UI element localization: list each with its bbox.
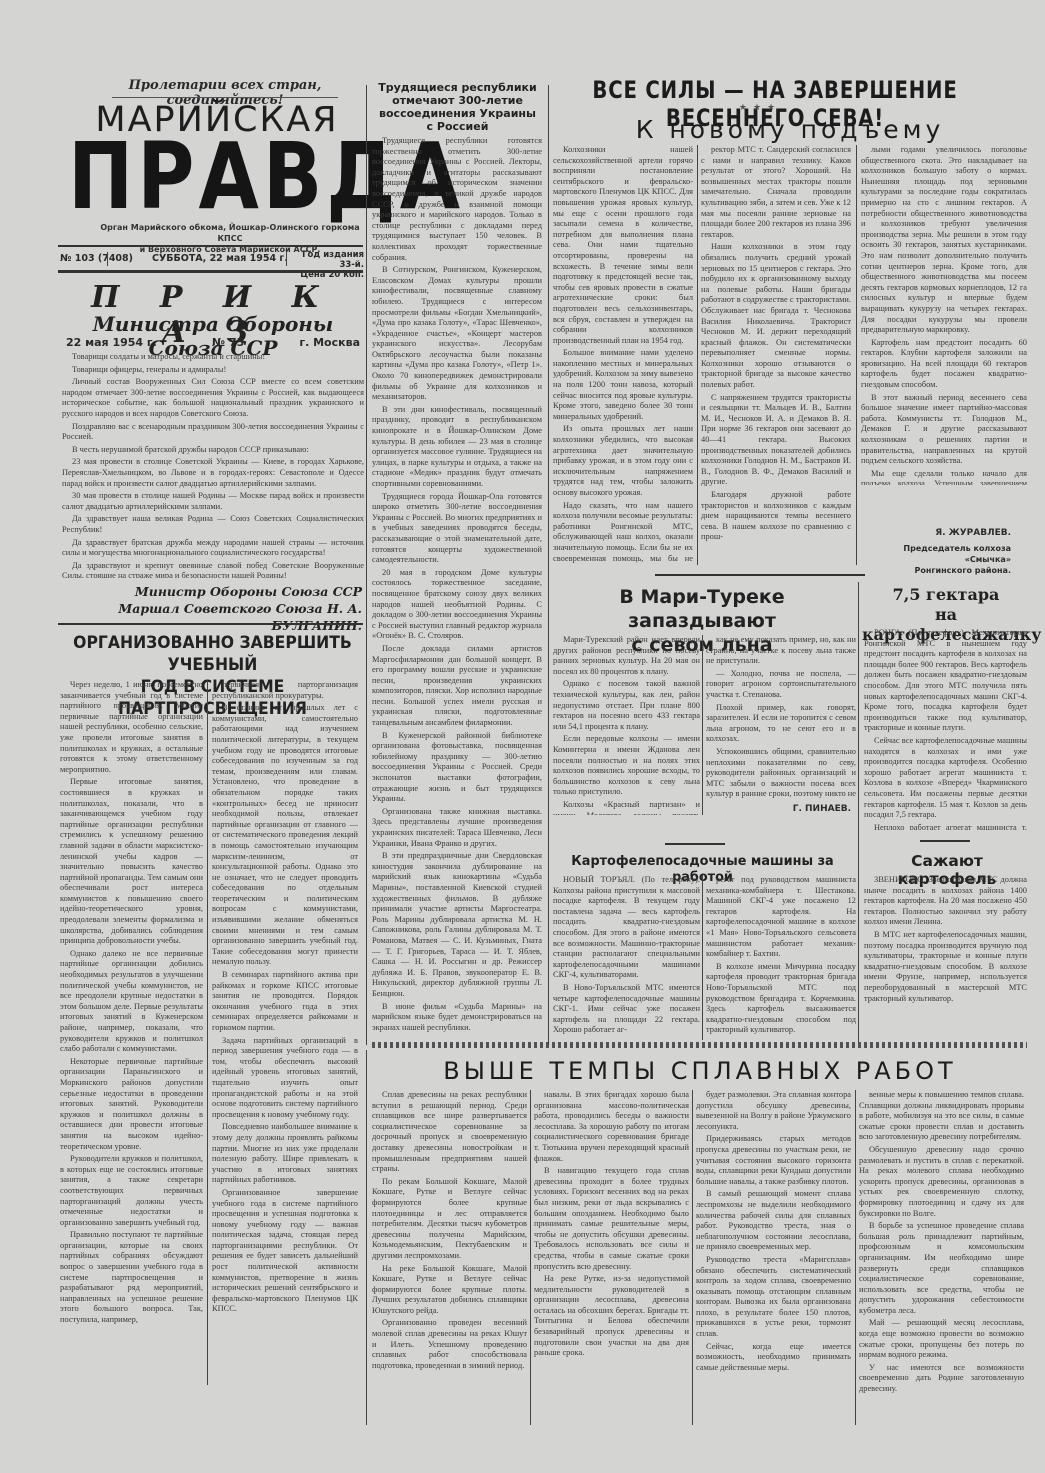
paragraph: Сейчас все картофелепосадочные машины на… bbox=[864, 736, 1027, 821]
paragraph: Май — решающий месяц лесосплава, когда е… bbox=[859, 1318, 1024, 1360]
paragraph: В борьбе за успешное проведение сплава б… bbox=[859, 1221, 1024, 1316]
paragraph: Из опыта прошлых лет наши колхозники убе… bbox=[553, 424, 693, 498]
flax-col2: как не ему показать пример, но, как ни с… bbox=[706, 635, 856, 800]
potato75-body: РОНГА. (По телефону). Механизаторам Ронг… bbox=[864, 628, 1027, 830]
ukraine-title: Трудящиеся республики отмечают 300-летие… bbox=[370, 81, 545, 133]
paragraph: Успокоившись общими, сравнительно неплох… bbox=[706, 747, 856, 800]
paragraph: первичная парторганизация республиканско… bbox=[212, 680, 358, 701]
potatomachines-col1: НОВЫЙ ТОРЪЯЛ. (По телефону). Колхозы рай… bbox=[553, 875, 700, 1040]
flax-signature: Г. ПИНАЕВ. bbox=[706, 804, 851, 814]
paragraph: С напряжением трудятся трактористы и сея… bbox=[701, 393, 851, 488]
paragraph: Через неделю, 1 июня, повсеместно заканч… bbox=[60, 680, 203, 775]
paragraph: Организованное завершение учебного года … bbox=[212, 1188, 358, 1315]
partpros-col2: первичная парторганизация республиканско… bbox=[212, 680, 358, 1385]
year-of-publication: Год издания 33-й. bbox=[292, 250, 364, 270]
masthead-title-line2: ПРАВДА bbox=[68, 130, 368, 224]
paragraph: навалы. В этих бригадах хорошо была орга… bbox=[534, 1090, 689, 1164]
paragraph: Колхозы «Красный партизан» и имени Молот… bbox=[553, 800, 700, 815]
paragraph: как не ему показать пример, но, как ни с… bbox=[706, 635, 856, 667]
sowing-col1: Колхозники нашей сельскохозяйственной ар… bbox=[553, 145, 693, 565]
paragraph: 30 мая провести в столице нашей Родины —… bbox=[62, 491, 364, 512]
ukraine-title-line2: отмечают 300-летие bbox=[370, 94, 545, 107]
prikaz-place: г. Москва bbox=[299, 336, 360, 349]
paragraph: Благодаря дружной работе трактористов и … bbox=[701, 490, 851, 543]
paragraph: Сплав древесины на реках республики всту… bbox=[372, 1090, 527, 1175]
paragraph: Картофель нам предстоит посадить 60 гект… bbox=[861, 338, 1027, 391]
column-rule bbox=[530, 1090, 531, 1425]
paragraph: Товарищи солдаты и матросы, сержанты и с… bbox=[62, 352, 364, 363]
wavy-divider bbox=[372, 1042, 1027, 1048]
issue-number: № 103 (7408) bbox=[60, 253, 133, 264]
paragraph: Придерживаясь старых методов пропуска др… bbox=[696, 1134, 851, 1187]
column-rule bbox=[697, 145, 698, 565]
rafting-col3: будет размолевки. Эта сплавная контора д… bbox=[696, 1090, 851, 1425]
paragraph: Мари-Турекский район идет впереди других… bbox=[553, 635, 700, 677]
prikaz-date: 22 мая 1954 г. bbox=[66, 336, 157, 349]
column-rule bbox=[366, 1050, 367, 1425]
organ-line1: Орган Марийского обкома, Йошкар-Олинског… bbox=[100, 222, 360, 244]
issue-year-price: Год издания 33-й. Цена 20 коп. bbox=[292, 250, 364, 280]
paragraph: Однако далеко не все первичные партийные… bbox=[60, 949, 203, 1055]
prikaz-body: Товарищи солдаты и матросы, сержанты и с… bbox=[62, 352, 364, 578]
paragraph: Организованно проведен весенний молевой … bbox=[372, 1318, 527, 1371]
sowing-signature: Я. ЖУРАВЛЕВ. bbox=[861, 528, 1011, 538]
rafting-col1: Сплав древесины на реках республики всту… bbox=[372, 1090, 527, 1425]
paragraph: По рекам Большой Кокшаге, Малой Кокшаге,… bbox=[372, 1177, 527, 1262]
signature-line1: Министр Обороны Союза ССР bbox=[62, 583, 362, 600]
paragraph: В колхозе имени Мичурина посадку картофе… bbox=[706, 962, 856, 1036]
paragraph: регат под руководством машиниста механик… bbox=[706, 875, 856, 960]
masthead-rule-bottom bbox=[58, 270, 363, 273]
paragraph: Сейчас, когда еще имеется возможность, н… bbox=[696, 1342, 851, 1374]
partpros-title-line1: ОРГАНИЗОВАННО ЗАВЕРШИТЬ УЧЕБНЫЙ bbox=[54, 632, 371, 676]
sowing-col2: ректор МТС т. Сандерский согласился с на… bbox=[701, 145, 851, 565]
signature-line2: Маршал Советского Союза Н. А. БУЛГАНИН. bbox=[62, 600, 362, 634]
column-rule bbox=[858, 582, 859, 1042]
paragraph: В семинарах партийного актива при райком… bbox=[212, 970, 358, 1034]
rafting-col2: навалы. В этих бригадах хорошо была орга… bbox=[534, 1090, 689, 1425]
paragraph: — Холодно, почва не поспела, — говорит а… bbox=[706, 669, 856, 701]
column-rule bbox=[855, 1090, 856, 1425]
paragraph: В навигацию текущего года сплав древесин… bbox=[534, 1166, 689, 1272]
paragraph: В Сотнурском, Ронгинском, Куженерском, Е… bbox=[372, 265, 542, 403]
paragraph: Неплохо работает агрегат машиниста т. Дь… bbox=[864, 823, 1027, 830]
prikaz-meta: 22 мая 1954 г. № 75 г. Москва bbox=[66, 336, 360, 349]
paragraph: Наши колхозники в этом году обязались по… bbox=[701, 242, 851, 390]
paragraph: Если передовые колхозы — имени Коминтерн… bbox=[553, 734, 700, 798]
paragraph: Надо сказать, что нам нашего колхоза пол… bbox=[553, 501, 693, 565]
paragraph: В июне фильм «Судьба Марины» на марийско… bbox=[372, 1002, 542, 1034]
paragraph: Колхозники нашей сельскохозяйственной ар… bbox=[553, 145, 693, 346]
paragraph: Руководство треста «Маригсплав» обязано … bbox=[696, 1255, 851, 1340]
paragraph: В отличие от прошлых лет с коммунистами,… bbox=[212, 703, 358, 968]
issue-divider bbox=[286, 252, 287, 266]
paragraph: РОНГА. (По телефону). Механизаторам Ронг… bbox=[864, 628, 1027, 734]
paragraph: ЗВЕНИГОВО. Звениговская МТС должна нынче… bbox=[864, 875, 1027, 928]
prikaz-number: № 75 bbox=[212, 336, 244, 349]
paragraph: У нас имеются все возможности своевремен… bbox=[859, 1363, 1024, 1395]
paragraph: венные меры к повышению темпов сплава. С… bbox=[859, 1090, 1024, 1143]
paragraph: В Ново-Торъяльской МТС имеются четыре ка… bbox=[553, 983, 700, 1036]
paragraph: лыми годами увеличилось поголовье общест… bbox=[861, 145, 1027, 336]
section-divider bbox=[920, 840, 970, 842]
ukraine-title-line4: с Россией bbox=[370, 120, 545, 133]
prikaz-signature: Министр Обороны Союза ССР Маршал Советск… bbox=[62, 583, 362, 634]
paragraph: Да здравствуют и крепнут овеянные славой… bbox=[62, 561, 364, 578]
paragraph: В Куженерской районной библиотеке органи… bbox=[372, 731, 542, 805]
rafting-title: ВЫШЕ ТЕМПЫ СПЛАВНЫХ РАБОТ bbox=[370, 1057, 1030, 1085]
signature-title-line1: Председатель колхоза «Смычка» bbox=[861, 543, 1011, 565]
flax-title-line1: В Мари-Туреке запаздывают bbox=[552, 585, 852, 633]
paragraph: В честь нерушимой братской дружбы народо… bbox=[62, 445, 364, 456]
column-rule bbox=[207, 680, 208, 1385]
paragraph: Поздравляю вас с всенародным праздником … bbox=[62, 422, 364, 443]
paragraph: Правильно поступают те партийные организ… bbox=[60, 1230, 203, 1325]
paragraph: Обсушенную древесину надо срочно размоле… bbox=[859, 1145, 1024, 1219]
sowing-title: К новому подъему bbox=[560, 115, 1020, 144]
column-rule bbox=[366, 85, 367, 1045]
paragraph: В этот важный период весеннего сева боль… bbox=[861, 393, 1027, 467]
column-rule bbox=[702, 635, 703, 815]
paragraph: ректор МТС т. Сандерский согласился с на… bbox=[701, 145, 851, 240]
paragraph: будет размолевки. Эта сплавная контора д… bbox=[696, 1090, 851, 1132]
paragraph: Руководители кружков и политшкол, в кото… bbox=[60, 1154, 203, 1228]
paragraph: В эти предпраздничные дни Свердловская к… bbox=[372, 851, 542, 999]
paragraph: Да здравствует наша великая Родина — Сою… bbox=[62, 514, 364, 535]
masthead-rule-top bbox=[58, 245, 363, 247]
paragraph: В самый решающий момент сплава леспромхо… bbox=[696, 1189, 851, 1253]
paragraph: НОВЫЙ ТОРЪЯЛ. (По телефону). Колхозы рай… bbox=[553, 875, 700, 981]
motto-underline bbox=[112, 97, 338, 98]
paragraph: На реке Рутке, из-за недопустимой медлит… bbox=[534, 1274, 689, 1359]
paragraph: Трудящиеся республики готовятся торжеств… bbox=[372, 136, 542, 263]
paragraph: В эти дни кинофестиваль, посвященный пра… bbox=[372, 405, 542, 490]
ukraine-body: Трудящиеся республики готовятся торжеств… bbox=[372, 136, 542, 1036]
potato75-title-line1: 7,5 гектара bbox=[862, 585, 1030, 605]
column-rule bbox=[548, 85, 549, 1045]
paragraph: Личный состав Вооруженных Сил Союза ССР … bbox=[62, 377, 364, 419]
section-divider bbox=[58, 623, 363, 625]
paragraph: Первые итоговые занятия, состоявшиеся в … bbox=[60, 777, 203, 947]
stars-ornament: ★★★ bbox=[720, 103, 800, 113]
paragraph: Задача партийных организаций в период за… bbox=[212, 1036, 358, 1121]
rafting-col4: венные меры к повышению темпов сплава. С… bbox=[859, 1090, 1024, 1425]
signature-title-line2: Ронгинского района. bbox=[861, 565, 1011, 576]
paragraph: Организована также книжная выставка. Зде… bbox=[372, 807, 542, 849]
ukraine-title-line3: воссоединения Украины bbox=[370, 107, 545, 120]
paragraph: После доклада силами артистов Маргосфила… bbox=[372, 644, 542, 729]
paragraph: 23 мая провести в столице Советской Укра… bbox=[62, 457, 364, 489]
sowing-signature-title: Председатель колхоза «Смычка» Ронгинског… bbox=[861, 543, 1011, 576]
section-divider bbox=[655, 574, 865, 576]
paragraph: Мы еще сделали только начало для подъема… bbox=[861, 469, 1027, 485]
sowing-col3: лыми годами увеличилось поголовье общест… bbox=[861, 145, 1027, 485]
ukraine-title-line1: Трудящиеся республики bbox=[370, 81, 545, 94]
partpros-col1: Через неделю, 1 июня, повсеместно заканч… bbox=[60, 680, 203, 1385]
issue-date: СУББОТА, 22 мая 1954 г. bbox=[145, 253, 295, 264]
column-rule bbox=[702, 875, 703, 1040]
issue-divider bbox=[107, 252, 108, 266]
paragraph: Однако с посевом такой важной техническо… bbox=[553, 679, 700, 732]
potatomachines-col2: регат под руководством машиниста механик… bbox=[706, 875, 856, 1040]
paragraph: На реке Большой Кокшаге, Малой Кокшаге, … bbox=[372, 1264, 527, 1317]
newspaper-page: Пролетарии всех стран, соединяйтесь! МАР… bbox=[0, 0, 1045, 1473]
paragraph: Некоторые первичные партийные организаци… bbox=[60, 1057, 203, 1152]
paragraph: Большое внимание нами уделено накоплению… bbox=[553, 348, 693, 422]
flax-col1: Мари-Турекский район идет впереди других… bbox=[553, 635, 700, 815]
paragraph: Повседневно наибольшее внимание к этому … bbox=[212, 1122, 358, 1186]
plantpotato-body: ЗВЕНИГОВО. Звениговская МТС должна нынче… bbox=[864, 875, 1027, 1040]
paragraph: Товарищи офицеры, генералы и адмиралы! bbox=[62, 365, 364, 376]
paragraph: В МТС нет картофелепосадочных машин, поэ… bbox=[864, 930, 1027, 1004]
column-rule bbox=[856, 145, 857, 565]
paragraph: Трудящиеся города Йошкар-Ола готовятся ш… bbox=[372, 492, 542, 566]
paragraph: Плохой пример, как говорят, заразителен.… bbox=[706, 703, 856, 745]
column-rule bbox=[692, 1090, 693, 1425]
section-divider bbox=[665, 843, 725, 845]
paragraph: 20 мая в городском Доме культуры состоял… bbox=[372, 568, 542, 642]
paragraph: Да здравствует братская дружба между нар… bbox=[62, 538, 364, 559]
